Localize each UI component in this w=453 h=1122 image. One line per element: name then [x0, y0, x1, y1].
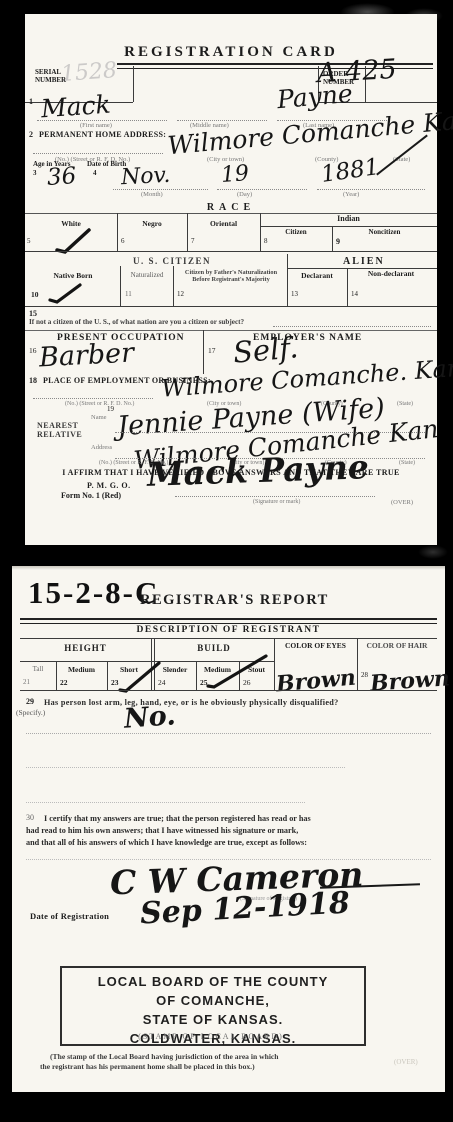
dob-day-value: 19	[220, 163, 249, 187]
tall-label: Tall	[20, 666, 56, 674]
race-noncitizen-label: Noncitizen	[332, 229, 437, 237]
stamp-sublabel: (STAMP OF LOCAL BOARD)	[60, 1033, 362, 1042]
employer-value: Self.	[232, 333, 300, 368]
scanned-document-page: { "colors": {"background": "#000000", "p…	[0, 0, 453, 1122]
registration-card: REGISTRATION CARD SERIAL NUMBER 1528 ORD…	[25, 14, 437, 545]
declarant-label: Declarant	[289, 272, 345, 280]
over-label: (OVER)	[391, 499, 413, 506]
race-6-number: 6	[121, 238, 125, 246]
write-line	[33, 153, 163, 154]
relative-address-sublabel: Address	[91, 444, 112, 451]
stamp-line-1: LOCAL BOARD OF THE COUNTY	[62, 973, 364, 992]
footnote-line2: the registrant has his permanent home sh…	[40, 1063, 255, 1071]
blank-line	[26, 802, 305, 803]
divider	[117, 213, 118, 251]
alien-rule	[287, 268, 437, 269]
registration-date-label: Date of Registration	[30, 912, 109, 921]
home-address-label: PERMANENT HOME ADDRESS:	[39, 131, 166, 140]
q30-number: 30	[26, 814, 34, 823]
checkmark-icon	[53, 226, 93, 254]
line4-number: 4	[93, 170, 97, 178]
race-rule	[25, 213, 437, 214]
write-line	[273, 326, 431, 327]
eyes-header: COLOR OF EYES	[274, 642, 357, 650]
indian-rule	[260, 226, 437, 227]
write-line	[217, 189, 307, 190]
footnote-line1: (The stamp of the Local Board having jur…	[50, 1053, 279, 1061]
scan-artifact	[418, 545, 448, 559]
dob-year-value: 1881	[320, 156, 381, 187]
race-7-number: 7	[191, 238, 195, 246]
line17-number: 17	[208, 347, 216, 355]
registrant-signature: Mack Payne	[146, 450, 369, 491]
checkmark-icon	[114, 660, 162, 694]
divider	[120, 266, 121, 306]
naturalized-label: Naturalized	[123, 272, 171, 280]
street-sublabel: (No.) (Street or R. F. D. No.)	[65, 401, 134, 407]
q29-answer: No.	[123, 702, 176, 733]
divider	[287, 254, 288, 306]
line1-number: 1	[29, 98, 33, 107]
citizen-11-number: 11	[125, 291, 132, 299]
height-medium-label: Medium	[56, 666, 107, 674]
line3-number: 3	[33, 170, 37, 178]
q29-question: Has person lost arm, leg, hand, eye, or …	[44, 698, 339, 707]
q29-number: 29	[26, 698, 34, 707]
citizen-bottom-rule	[25, 306, 437, 307]
eye-color-value: Brown	[275, 667, 356, 696]
relative-name-sublabel: Name	[91, 414, 107, 421]
first-name-value: Mack	[40, 92, 111, 122]
citizen-13-number: 13	[291, 291, 298, 299]
table-rule	[20, 638, 437, 639]
home-address-value: Wilmore Comanche Kan	[166, 107, 453, 159]
race-negro-label: Negro	[117, 220, 187, 228]
state-sublabel: (State)	[397, 401, 413, 407]
citizen-14-number: 14	[351, 291, 358, 299]
write-line	[177, 120, 267, 121]
q29-specify-label: (Specify.)	[16, 709, 45, 717]
divider	[187, 213, 188, 251]
alien-title: ALIEN	[343, 256, 385, 267]
occupation-rule	[25, 330, 437, 331]
col-21-number: 21	[23, 679, 30, 687]
checkmark-icon	[47, 282, 83, 304]
line15-question: If not a citizen of the U. S., of what n…	[29, 319, 244, 327]
state-sublabel: (State)	[399, 460, 415, 466]
line2-number: 2	[29, 131, 33, 140]
registrars-report-card: 15-2-8-C REGISTRAR'S REPORT DESCRIPTION …	[12, 566, 445, 1092]
stamp-line-2: OF COMANCHE,	[62, 992, 364, 1011]
q30-certify-line1: I certify that my answers are true; that…	[44, 814, 311, 823]
age-value: 36	[46, 165, 77, 190]
pmgo-label: P. M. G. O.	[87, 482, 131, 491]
divider	[347, 268, 348, 306]
race-5-number: 5	[27, 238, 31, 246]
occupation-value: Barber	[38, 340, 134, 372]
divider	[133, 66, 134, 102]
col-22-number: 22	[60, 679, 68, 687]
last-name-value: Payne	[276, 81, 354, 112]
serial-number-value: 1528	[60, 60, 117, 86]
dob-month-value: Nov.	[120, 165, 170, 190]
employment-place-value: Wilmore Comanche. Kan.	[161, 355, 453, 401]
over-faint-label: (OVER)	[394, 1058, 418, 1066]
write-line	[317, 189, 425, 190]
citizen-10-number: 10	[31, 291, 39, 299]
non-declarant-label: Non-declarant	[351, 270, 431, 278]
write-line	[37, 120, 167, 121]
form-number-label: Form No. 1 (Red)	[61, 492, 121, 501]
title-rule	[20, 618, 437, 624]
citizen-12-number: 12	[177, 291, 184, 299]
card-top-edge	[12, 566, 445, 570]
race-bottom-rule	[25, 251, 437, 252]
race-citizen-label: Citizen	[260, 229, 332, 237]
divider	[173, 266, 174, 306]
native-born-label: Native Born	[29, 272, 117, 280]
day-sublabel: (Day)	[237, 191, 252, 198]
blank-line	[26, 767, 345, 768]
height-header: HEIGHT	[20, 644, 151, 654]
first-name-sublabel: (First name)	[80, 122, 112, 129]
nearest-relative-label: NEAREST RELATIVE	[37, 422, 89, 440]
race-title: RACE	[25, 202, 437, 213]
month-sublabel: (Month)	[141, 191, 163, 198]
line18-number: 18	[29, 377, 37, 386]
write-line	[33, 398, 153, 399]
year-sublabel: (Year)	[343, 191, 359, 198]
card-title: REGISTRAR'S REPORT	[140, 593, 329, 609]
citizen-by-father-label: Citizen by Father's Naturalization Befor…	[177, 270, 285, 284]
race-8-number: 8	[264, 238, 268, 246]
signature-line	[175, 496, 375, 497]
registration-date-value: Sep 12-1918	[139, 889, 350, 930]
description-title: DESCRIPTION OF REGISTRANT	[12, 625, 445, 635]
line19-number: 19	[107, 406, 114, 414]
race-indian-label: Indian	[260, 215, 437, 224]
write-line	[113, 189, 208, 190]
line16-number: 16	[29, 347, 37, 355]
signature-or-mark-sublabel: (Signature or mark)	[253, 499, 300, 505]
race-oriental-label: Oriental	[187, 220, 260, 228]
col-28-number: 28	[361, 672, 368, 680]
table-bottom-rule	[20, 690, 437, 691]
checkmark-icon	[204, 652, 270, 690]
q30-certify-line3: and that all of his answers of which I h…	[26, 838, 307, 847]
divider	[203, 330, 204, 374]
q30-certify-line2: had read to him his own answers; that I …	[26, 826, 298, 835]
stamp-line-3: STATE OF KANSAS.	[62, 1011, 364, 1030]
blank-line	[26, 733, 431, 734]
race-9-number: 9	[336, 238, 340, 247]
hair-header: COLOR OF HAIR	[357, 642, 437, 650]
